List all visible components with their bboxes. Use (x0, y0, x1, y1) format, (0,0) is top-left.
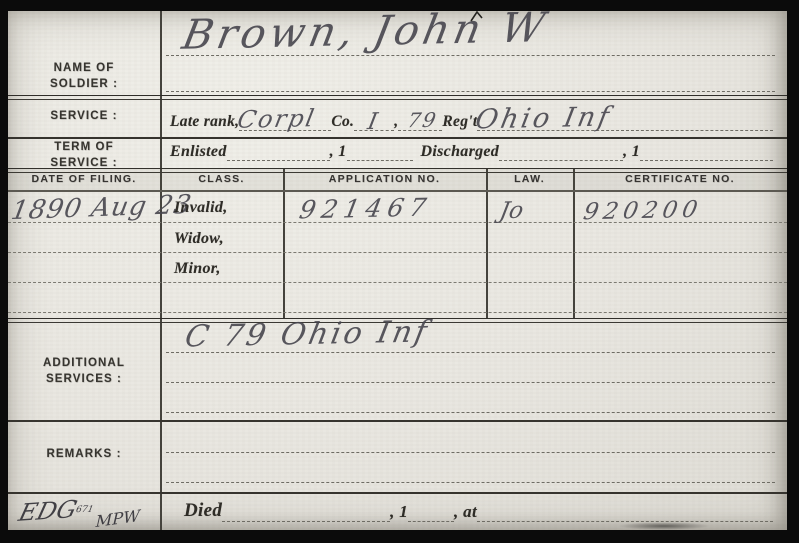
rule-under-additional-services (8, 420, 787, 422)
additional-services-value: C 79 Ohio Inf (182, 314, 432, 354)
clerk-reviewer: MPW (95, 506, 140, 531)
pension-index-card: NAME OF SOLDIER : Brown, John W SERVICE … (8, 11, 787, 530)
filing-table-header: DATE OF FILING. CLASS. APPLICATION NO. L… (8, 168, 787, 190)
table-row-line-2 (8, 252, 787, 253)
rule-under-name (8, 95, 787, 100)
class-minor-label: Minor, (174, 260, 221, 278)
law-value: Jo (497, 198, 525, 224)
died-line: Died , 1 , at (170, 498, 773, 522)
document-scan: NAME OF SOLDIER : Brown, John W SERVICE … (0, 0, 799, 543)
service-label: SERVICE : (8, 109, 160, 125)
header-certificate-no: CERTIFICATE NO. (573, 168, 787, 190)
died-place-blank (477, 518, 773, 522)
company-label: Co. (331, 113, 354, 131)
discharged-label: Discharged (421, 143, 500, 161)
discharged-year: , 1 (623, 143, 640, 161)
enlisted-date-blank (227, 157, 330, 161)
class-widow-label: Widow, (174, 230, 224, 248)
application-no-value: 921467 (297, 193, 435, 225)
additional-services-line-2 (166, 382, 775, 383)
pen-mark (470, 11, 484, 23)
company-value: I (365, 109, 379, 135)
header-application-no: APPLICATION NO. (283, 168, 486, 190)
regiment-label: Reg't (442, 113, 477, 131)
clerk-number: 671 (75, 505, 94, 515)
header-date-of-filing: DATE OF FILING. (8, 168, 160, 190)
table-row-line-4 (8, 312, 787, 313)
scan-smudge (618, 522, 710, 530)
discharged-date-blank (499, 157, 623, 161)
soldier-name-value: Brown, John W (179, 3, 553, 59)
rule-under-remarks (8, 492, 787, 494)
remarks-line-2 (166, 482, 775, 483)
header-class: CLASS. (160, 168, 283, 190)
regiment-number-value: 79 (406, 108, 440, 133)
header-law: LAW. (486, 168, 573, 190)
died-date-blank (222, 518, 390, 522)
additional-services-label: ADDITIONAL SERVICES : (8, 356, 160, 387)
enlisted-year-blank (347, 157, 413, 161)
died-at-label: , at (454, 502, 477, 522)
table-row-line-3 (8, 282, 787, 283)
unit-value: Ohio Inf (473, 102, 615, 136)
label-column-divider (160, 11, 162, 530)
died-year-blank (408, 518, 454, 522)
service-line: Late rank, Co. , Reg't Corpl I 79 Ohio I… (170, 107, 773, 131)
term-line: Enlisted , 1 Discharged , 1 (170, 137, 773, 161)
class-invalid-label: Invalid, (174, 199, 228, 217)
name-of-soldier-label: NAME OF SOLDIER : (8, 61, 160, 92)
late-rank-label: Late rank, (170, 113, 239, 131)
date-of-filing-value: 1890 Aug 23 (9, 190, 194, 226)
name-writing-line-2 (166, 91, 775, 92)
clerk-initials: EDG (16, 495, 80, 527)
died-year: , 1 (390, 502, 408, 522)
term-of-service-label: TERM OF SERVICE : (8, 140, 160, 171)
clerk-marks: EDG 671 MPW (14, 497, 164, 529)
additional-services-line-3 (166, 412, 775, 413)
rank-value: Corpl (235, 104, 318, 134)
enlisted-year: , 1 (330, 143, 347, 161)
remarks-line-1 (166, 452, 775, 453)
certificate-no-value: 920200 (581, 197, 704, 225)
died-label: Died (184, 500, 222, 522)
enlisted-label: Enlisted (170, 143, 227, 161)
remarks-label: REMARKS : (8, 447, 160, 463)
discharged-year-blank (640, 157, 773, 161)
